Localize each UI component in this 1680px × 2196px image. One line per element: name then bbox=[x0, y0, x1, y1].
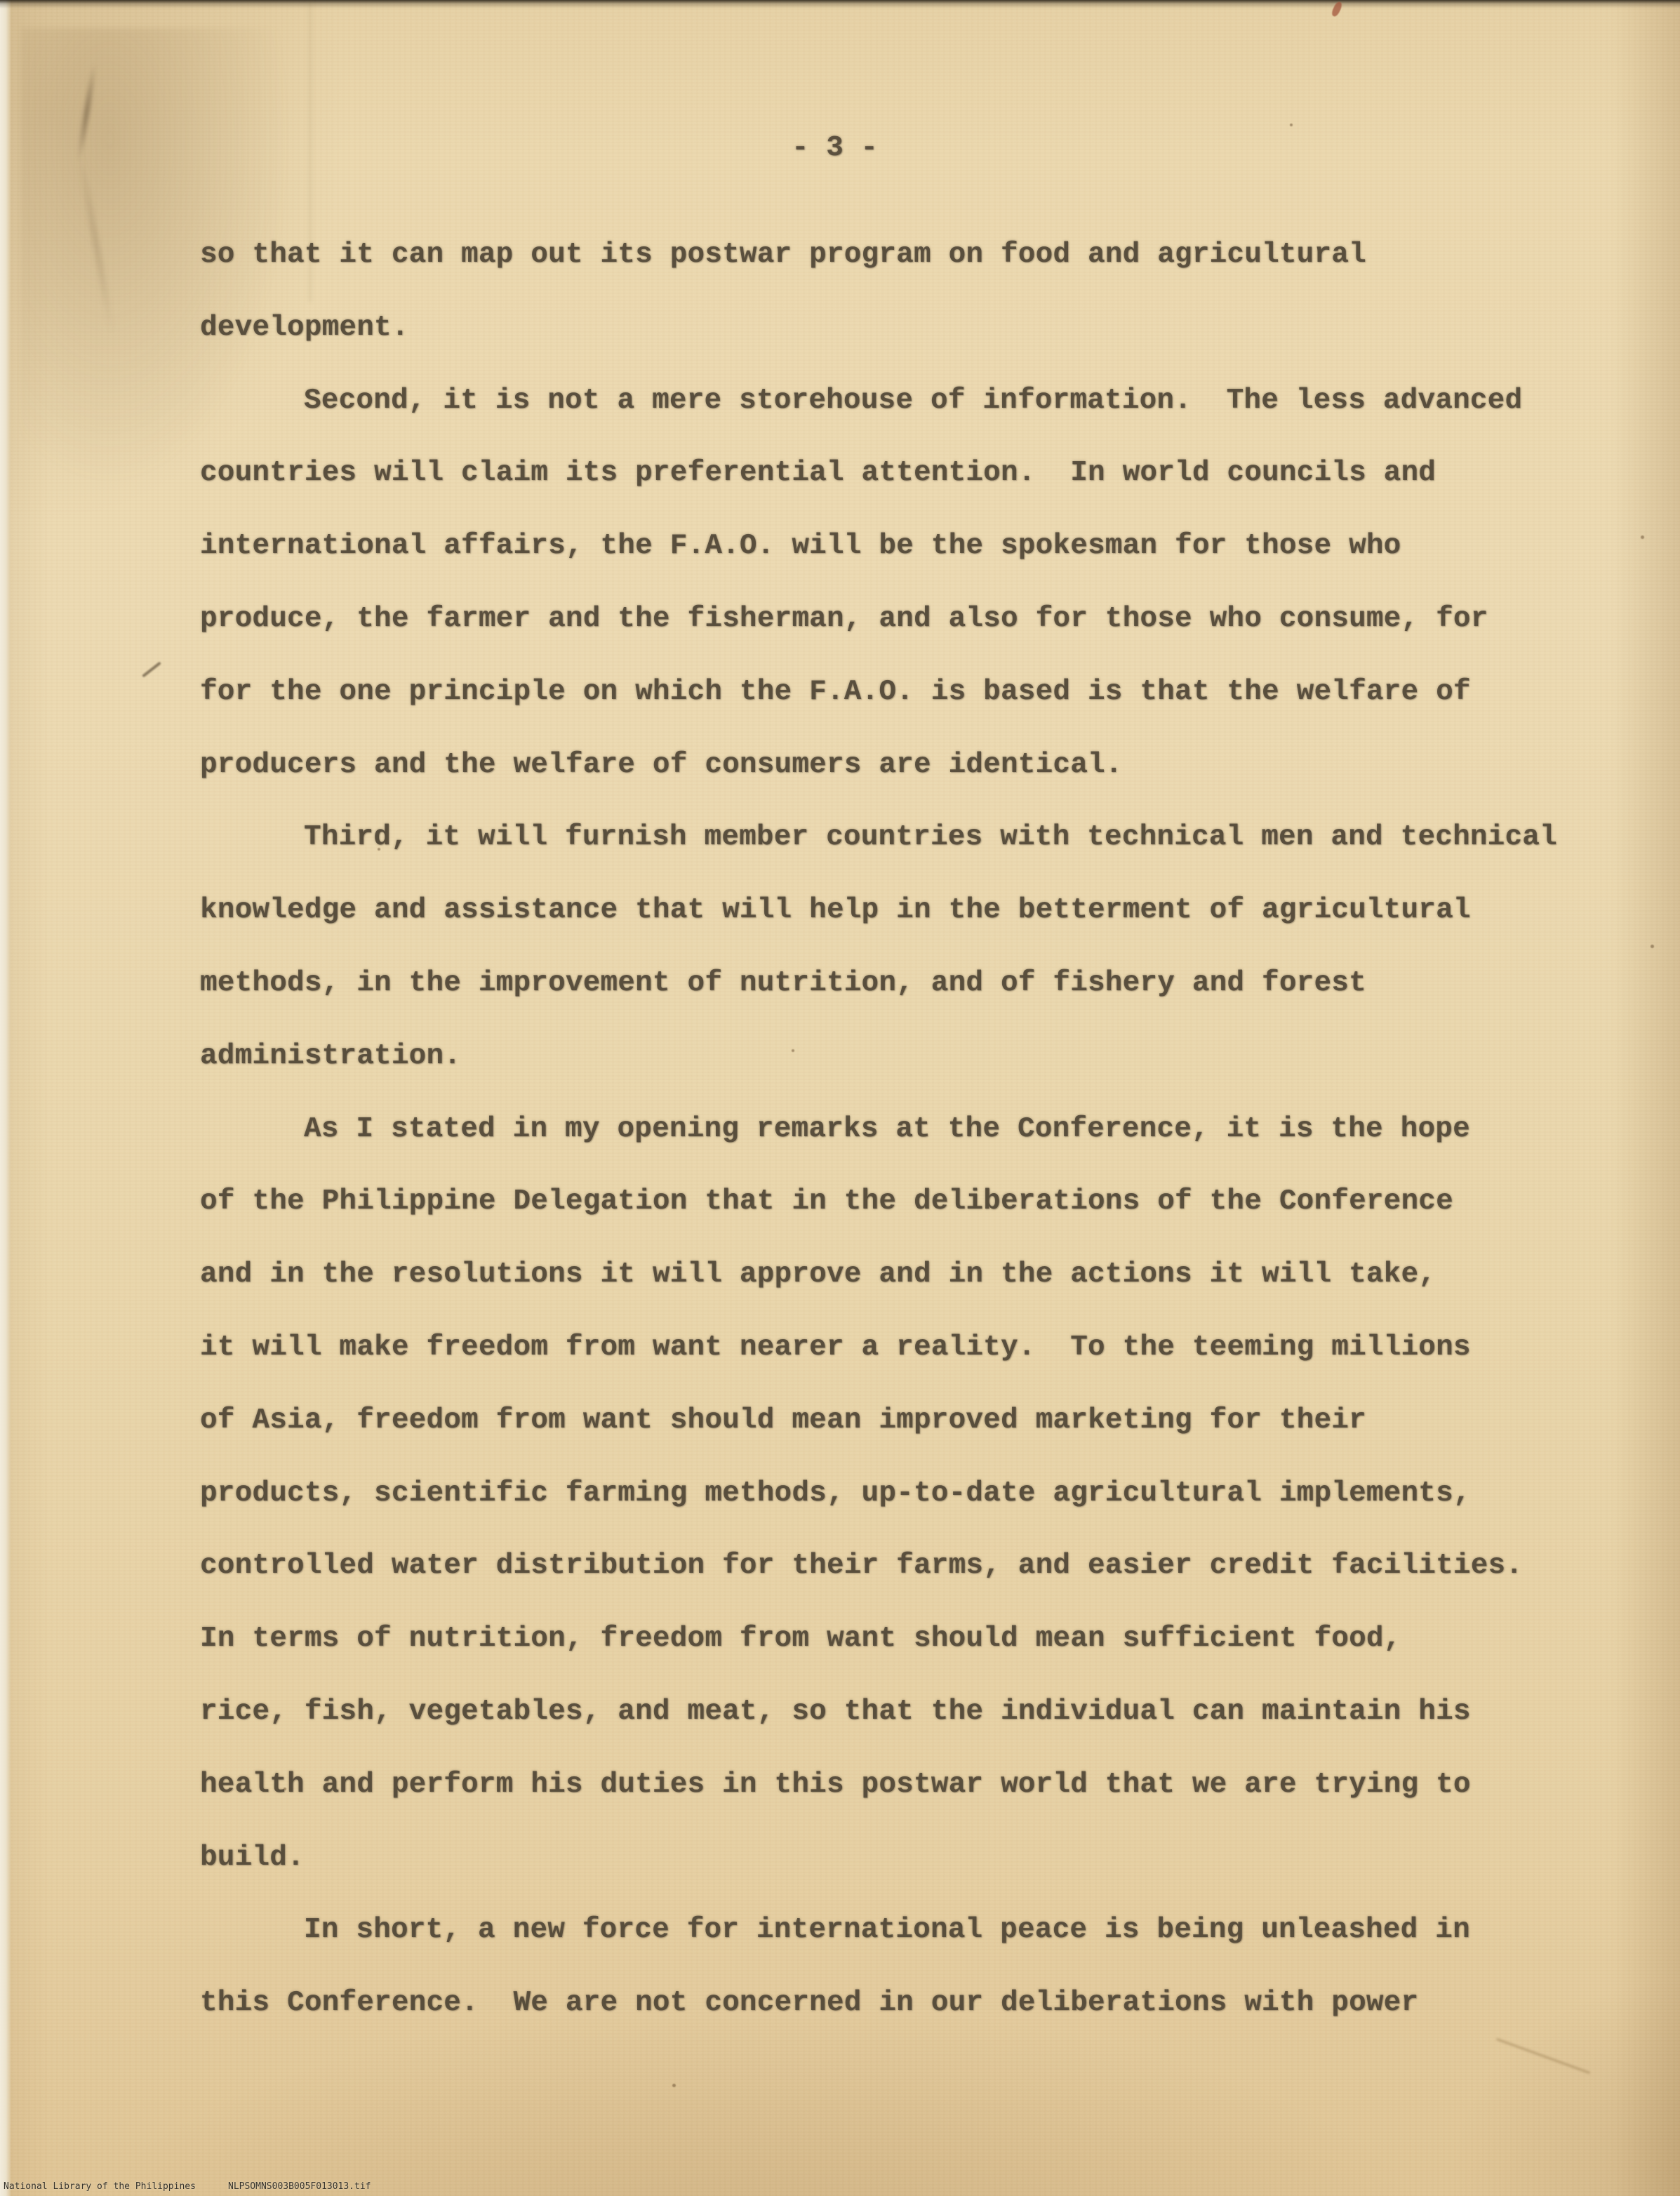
text-line: health and perform his duties in this po… bbox=[200, 1749, 1604, 1822]
text-line: In short, a new force for international … bbox=[200, 1894, 1604, 1967]
dust-speck bbox=[284, 1788, 286, 1790]
text-line: produce, the farmer and the fisherman, a… bbox=[200, 583, 1604, 656]
text-line: international affairs, the F.A.O. will b… bbox=[200, 510, 1604, 583]
dust-speck bbox=[378, 848, 380, 851]
text-line: of the Philippine Delegation that in the… bbox=[200, 1166, 1604, 1239]
text-line: development. bbox=[200, 292, 1604, 365]
scan-footer: National Library of the Philippines NLPS… bbox=[0, 2175, 1680, 2196]
text-line: countries will claim its preferential at… bbox=[200, 437, 1604, 510]
text-line: this Conference. We are not concerned in… bbox=[200, 1967, 1604, 2040]
scanner-background-strip bbox=[0, 0, 11, 2196]
footer-filename: NLPSOMNS003B005F013013.tif bbox=[228, 2181, 371, 2192]
scanned-document: - 3 - so that it can map out its postwar… bbox=[0, 0, 1680, 2196]
text-line: methods, in the improvement of nutrition… bbox=[200, 947, 1604, 1020]
text-line: so that it can map out its postwar progr… bbox=[200, 219, 1604, 292]
page-number: - 3 - bbox=[792, 112, 878, 185]
text-line: administration. bbox=[200, 1020, 1604, 1093]
dust-speck bbox=[1641, 535, 1644, 539]
text-line: As I stated in my opening remarks at the… bbox=[200, 1093, 1604, 1166]
dust-speck bbox=[792, 1049, 794, 1052]
text-line: and in the resolutions it will approve a… bbox=[200, 1239, 1604, 1312]
text-line: of Asia, freedom from want should mean i… bbox=[200, 1385, 1604, 1458]
text-line: knowledge and assistance that will help … bbox=[200, 874, 1604, 947]
text-line: rice, fish, vegetables, and meat, so tha… bbox=[200, 1676, 1604, 1749]
text-line: In terms of nutrition, freedom from want… bbox=[200, 1603, 1604, 1676]
document-text-block: so that it can map out its postwar progr… bbox=[200, 219, 1604, 2040]
top-edge-shadow bbox=[0, 0, 1680, 8]
dust-speck bbox=[672, 2084, 676, 2087]
text-line: producers and the welfare of consumers a… bbox=[200, 729, 1604, 802]
text-line: it will make freedom from want nearer a … bbox=[200, 1312, 1604, 1385]
text-line: for the one principle on which the F.A.O… bbox=[200, 656, 1604, 729]
dust-speck bbox=[1290, 124, 1293, 126]
text-line: controlled water distribution for their … bbox=[200, 1530, 1604, 1603]
footer-library-label: National Library of the Philippines bbox=[4, 2181, 196, 2192]
text-line: Second, it is not a mere storehouse of i… bbox=[200, 365, 1604, 438]
text-line: products, scientific farming methods, up… bbox=[200, 1458, 1604, 1531]
text-line: build. bbox=[200, 1822, 1604, 1895]
dust-speck bbox=[1651, 945, 1654, 948]
text-line: Third, it will furnish member countries … bbox=[200, 801, 1604, 874]
